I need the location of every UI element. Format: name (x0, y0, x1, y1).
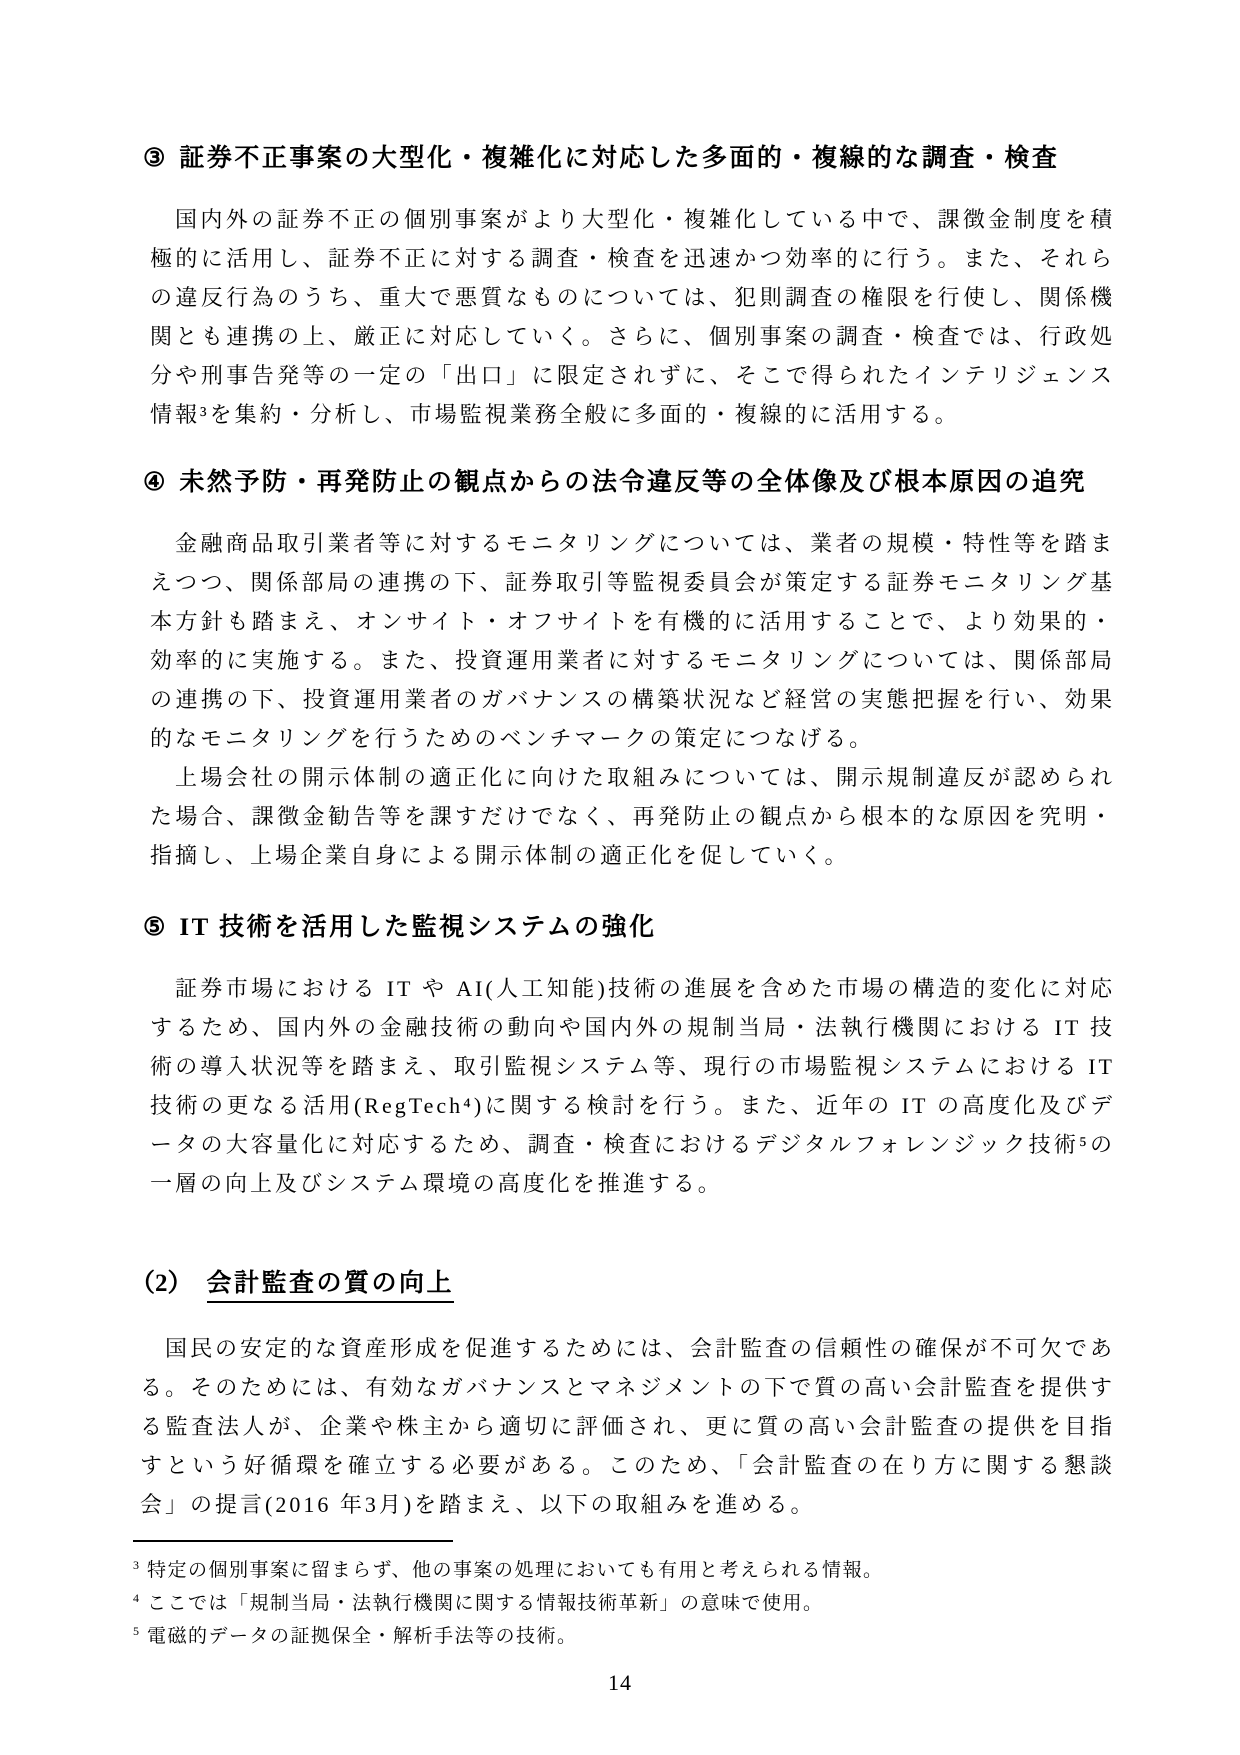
section-heading-4: ④未然予防・再発防止の観点からの法令違反等の全体像及び根本原因の追究 (143, 466, 1115, 500)
section-heading-5: ⑤IT 技術を活用した監視システムの強化 (143, 911, 1115, 945)
section-heading-2: （2）会計監査の質の向上 (130, 1267, 1115, 1301)
paragraph-sec3: 国内外の証券不正の個別事案がより大型化・複雑化している中で、課徴金制度を積極的に… (150, 200, 1115, 434)
section-marker-2: （2） (130, 1267, 193, 1301)
paragraph-sec2: 国民の安定的な資産形成を促進するためには、会計監査の信頼性の確保が不可欠である。… (140, 1329, 1115, 1524)
paragraph-sec4-2: 上場会社の開示体制の適正化に向けた取組みについては、開示規制違反が認められた場合… (150, 758, 1115, 875)
footnote-4: 4ここでは「規制当局・法執行機関に関する情報技術革新」の意味で使用。 (133, 1587, 1115, 1620)
section-title-4: 未然予防・再発防止の観点からの法令違反等の全体像及び根本原因の追究 (179, 469, 1087, 496)
section-title-3: 証券不正事案の大型化・複雑化に対応した多面的・複線的な調査・検査 (179, 145, 1059, 172)
document-page: ③証券不正事案の大型化・複雑化に対応した多面的・複線的な調査・検査 国内外の証券… (0, 0, 1240, 1755)
section-title-2: 会計監査の質の向上 (207, 1270, 455, 1303)
paragraph-sec4-1: 金融商品取引業者等に対するモニタリングについては、業者の規模・特性等を踏まえつつ… (150, 524, 1115, 758)
section-marker-5: ⑤ (143, 911, 165, 945)
footnote-3: 3特定の個別事案に留まらず、他の事案の処理においても有用と考えられる情報。 (133, 1554, 1115, 1587)
footnote-separator-rule (133, 1540, 453, 1542)
page-number: 14 (0, 1670, 1240, 1696)
footnote-marker-4: 4 (133, 1591, 139, 1605)
section-title-5: IT 技術を活用した監視システムの強化 (179, 914, 656, 941)
footnotes-block: 3特定の個別事案に留まらず、他の事案の処理においても有用と考えられる情報。 4こ… (133, 1540, 1115, 1653)
footnote-marker-3: 3 (133, 1558, 139, 1572)
footnote-text-5: 電磁的データの証拠保全・解析手法等の技術。 (147, 1626, 578, 1647)
section-marker-4: ④ (143, 466, 165, 500)
section-marker-3: ③ (143, 142, 165, 176)
paragraph-sec5: 証券市場における IT や AI(人工知能)技術の進展を含めた市場の構造的変化に… (150, 969, 1115, 1203)
footnote-5: 5電磁的データの証拠保全・解析手法等の技術。 (133, 1620, 1115, 1653)
footnote-text-4: ここでは「規制当局・法執行機関に関する情報技術革新」の意味で使用。 (147, 1593, 824, 1614)
footnote-marker-5: 5 (133, 1624, 139, 1638)
section-heading-3: ③証券不正事案の大型化・複雑化に対応した多面的・複線的な調査・検査 (143, 142, 1115, 176)
footnote-text-3: 特定の個別事案に留まらず、他の事案の処理においても有用と考えられる情報。 (147, 1560, 883, 1581)
